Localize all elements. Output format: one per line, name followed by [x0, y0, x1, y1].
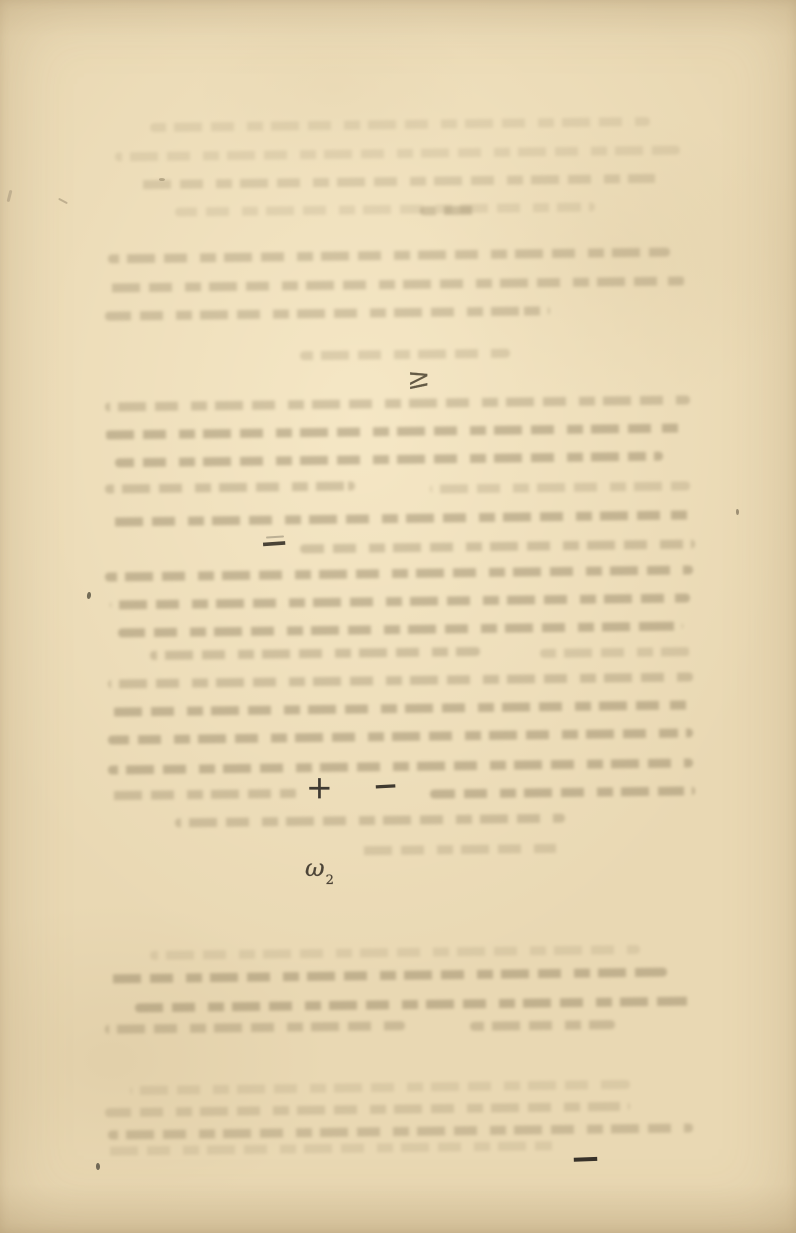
bleedthrough-text-line [108, 248, 670, 264]
bleedthrough-text-line [110, 510, 690, 526]
bleedthrough-text-line [130, 1080, 630, 1095]
ink-speck [736, 509, 739, 515]
minus-dash-bottom: — [573, 1145, 599, 1171]
pencil-mark [7, 190, 13, 202]
bleedthrough-text-line [105, 395, 690, 411]
bleedthrough-text-line [105, 1141, 555, 1155]
bleedthrough-text-line [105, 968, 667, 984]
bleedthrough-text-line [140, 174, 660, 189]
bleedthrough-text-line [300, 540, 695, 554]
bleedthrough-text-line [430, 481, 690, 493]
omega-2-symbol: ω2 [305, 856, 333, 885]
omega-glyph: ω [305, 854, 325, 882]
plus-sign: + [306, 771, 333, 803]
bleedthrough-text-line [135, 997, 695, 1013]
minus-dash-mid-right: — [374, 773, 396, 795]
bleedthrough-text-line [108, 758, 693, 774]
bleedthrough-text-line [175, 814, 565, 828]
bleedthrough-text-line [360, 844, 560, 855]
omega-subscript: 2 [326, 873, 334, 888]
bleedthrough-text-line [108, 789, 298, 800]
bleedthrough-text-line [175, 202, 595, 216]
bleedthrough-text-line [540, 647, 690, 658]
ink-speck [96, 1163, 100, 1170]
bleedthrough-text-line [105, 306, 550, 320]
bleedthrough-text-line [112, 700, 692, 716]
bleedthrough-text-line [110, 593, 690, 609]
bleedthrough-text-line [105, 423, 685, 439]
bleedthrough-text-line [150, 945, 640, 960]
bleedthrough-text-line [150, 117, 650, 132]
bleedthrough-text-line [105, 565, 693, 581]
ink-speck [159, 178, 165, 181]
bleedthrough-text-line [105, 1102, 630, 1117]
bleedthrough-text-line [115, 146, 680, 162]
bleedthrough-text-line [470, 1020, 615, 1031]
bleedthrough-text-line [108, 672, 693, 688]
bleedthrough-text-line [105, 481, 355, 493]
bleedthrough-text-line [118, 622, 683, 638]
greater-equal-symbol: ≥ [407, 361, 430, 395]
bleedthrough-text-line [105, 1021, 405, 1034]
bleedthrough-text-line [115, 452, 663, 468]
minus-dash-mid-left: — [261, 529, 287, 555]
bleedthrough-text-line [105, 276, 685, 292]
scanned-page: ≥ — + — ω2 — [0, 0, 796, 1233]
bleedthrough-text-line [150, 647, 480, 660]
bleedthrough-text-line [430, 786, 695, 798]
pencil-mark [58, 198, 68, 204]
bleedthrough-text-line [108, 1123, 693, 1139]
ink-speck [86, 592, 91, 600]
bleedthrough-text-line [108, 728, 693, 744]
bleedthrough-equation [300, 349, 510, 361]
bleedthrough-text-line [420, 206, 480, 216]
